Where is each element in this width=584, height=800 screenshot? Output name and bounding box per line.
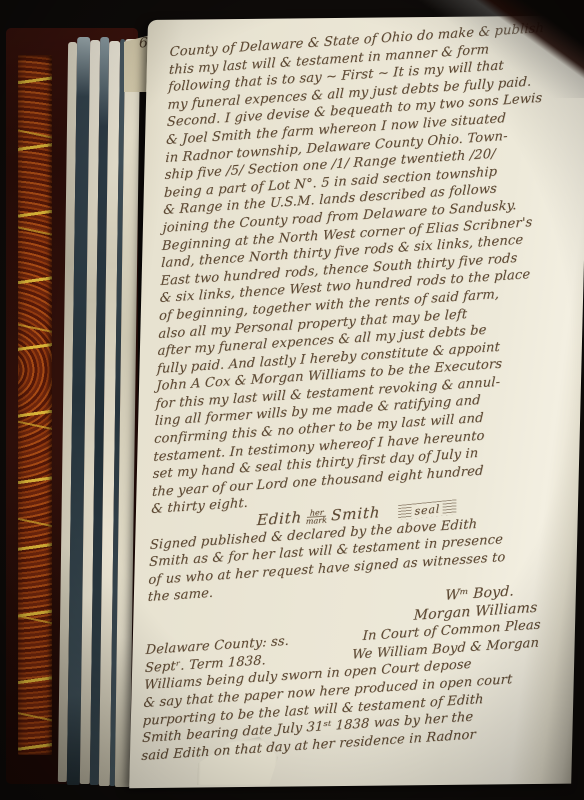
mark-word-bottom: mark — [306, 517, 327, 526]
her-mark-annotation: her mark — [306, 508, 328, 525]
handwritten-will-text: County of Delaware & State of Ohio do ma… — [141, 18, 569, 765]
archival-record-book-photo: 61s County of Delaware & State of Ohio d… — [0, 0, 584, 800]
marbled-cover-paper — [18, 55, 52, 755]
seal-label: seal — [412, 503, 444, 517]
